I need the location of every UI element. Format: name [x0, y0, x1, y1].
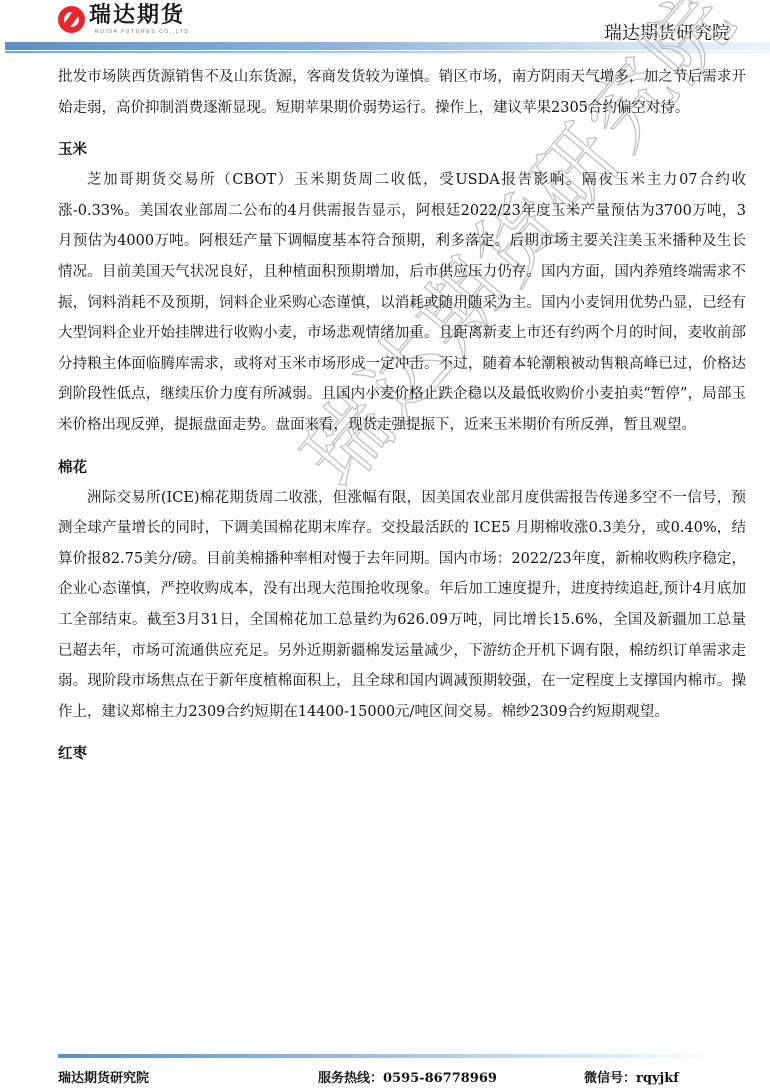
page-header: 瑞达期货 RUIDA FUTURES CO.,LTD. 瑞达期货研究院 [0, 0, 770, 56]
footer-org: 瑞达期货研究院 [58, 1067, 149, 1086]
document-body: 批发市场陕西货源销售不及山东货源，客商发货较为谨慎。销区市场，南方阴雨天气增多，… [58, 62, 746, 769]
footer-divider-bar [58, 1054, 718, 1058]
company-logo: 瑞达期货 RUIDA FUTURES CO.,LTD. [58, 4, 193, 35]
section-title-cotton: 棉花 [58, 453, 746, 483]
header-divider-bar [5, 42, 770, 50]
footer-hotline: 服务热线：0595-86778969 [318, 1067, 497, 1086]
section-title-corn: 玉米 [58, 135, 746, 165]
section-title-red-dates: 红枣 [58, 739, 746, 769]
logo-english-name: RUIDA FUTURES CO.,LTD. [95, 29, 193, 35]
section-paragraph-corn: 芝加哥期货交易所（CBOT）玉米期货周二收低，受USDA报告影响。隔夜玉米主力0… [58, 165, 746, 440]
logo-chinese-name: 瑞达期货 [89, 4, 193, 28]
footer-wechat: 微信号：rqyjkf [584, 1067, 679, 1086]
section-paragraph-cotton: 洲际交易所(ICE)棉花期货周二收涨，但涨幅有限，因美国农业部月度供需报告传递多… [58, 483, 746, 728]
logo-mark-icon [58, 6, 85, 33]
intro-paragraph: 批发市场陕西货源销售不及山东货源，客商发货较为谨慎。销区市场，南方阴雨天气增多，… [58, 62, 746, 123]
